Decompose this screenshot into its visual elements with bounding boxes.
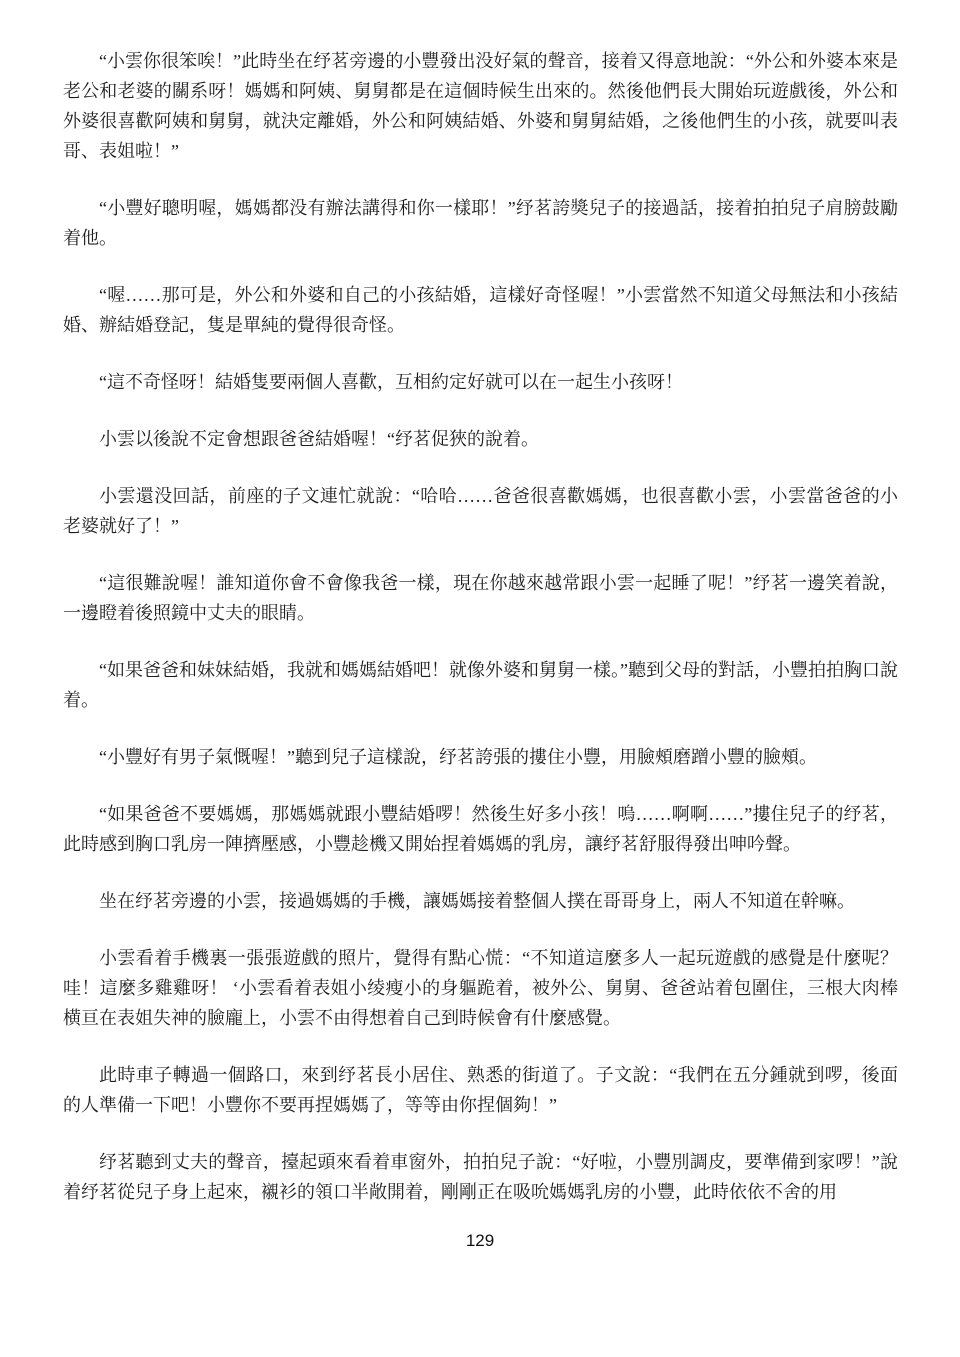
paragraph-4: “這不奇怪呀！結婚隻要兩個人喜歡，互相約定好就可以在一起生小孩呀！ [63,367,898,397]
paragraph-11: 坐在纾茗旁邊的小雲，接過媽媽的手機，讓媽媽接着整個人撲在哥哥身上，兩人不知道在幹… [63,886,898,916]
paragraph-5: 小雲以後說不定會想跟爸爸結婚喔！“纾茗促狹的說着。 [63,424,898,454]
paragraph-14: 纾茗聽到丈夫的聲音，擡起頭來看着車窗外，拍拍兒子說：“好啦，小豐別調皮，要準備到… [63,1147,898,1207]
paragraph-13: 此時車子轉過一個路口，來到纾茗長小居住、熟悉的街道了。子文說：“我們在五分鍾就到… [63,1060,898,1120]
paragraph-8: “如果爸爸和妹妹結婚，我就和媽媽結婚吧！就像外婆和舅舅一樣。”聽到父母的對話，小… [63,655,898,715]
document-page: “小雲你很笨唉！”此時坐在纾茗旁邊的小豐發出没好氣的聲音，接着又得意地說：“外公… [0,0,960,1357]
page-number: 129 [0,1231,960,1251]
paragraph-6: 小雲還没回話，前座的子文連忙就說：“哈哈……爸爸很喜歡媽媽，也很喜歡小雲，小雲當… [63,481,898,541]
paragraph-12: 小雲看着手機裏一張張遊戲的照片，覺得有點心慌：“不知道這麼多人一起玩遊戲的感覺是… [63,943,898,1033]
paragraph-10: “如果爸爸不要媽媽，那媽媽就跟小豐結婚啰！然後生好多小孩！嗚……啊啊……”摟住兒… [63,799,898,859]
paragraph-7: “這很難說喔！誰知道你會不會像我爸一樣，現在你越來越常跟小雲一起睡了呢！”纾茗一… [63,568,898,628]
paragraph-3: “喔……那可是，外公和外婆和自己的小孩結婚，這樣好奇怪喔！”小雲當然不知道父母無… [63,280,898,340]
paragraph-9: “小豐好有男子氣慨喔！”聽到兒子這樣說，纾茗誇張的摟住小豐，用臉頰磨蹭小豐的臉頰… [63,742,898,772]
paragraph-1: “小雲你很笨唉！”此時坐在纾茗旁邊的小豐發出没好氣的聲音，接着又得意地說：“外公… [63,46,898,166]
paragraph-2: “小豐好聰明喔，媽媽都没有辦法講得和你一樣耶！”纾茗誇獎兒子的接過話，接着拍拍兒… [63,193,898,253]
text-content: “小雲你很笨唉！”此時坐在纾茗旁邊的小豐發出没好氣的聲音，接着又得意地說：“外公… [63,46,898,1234]
